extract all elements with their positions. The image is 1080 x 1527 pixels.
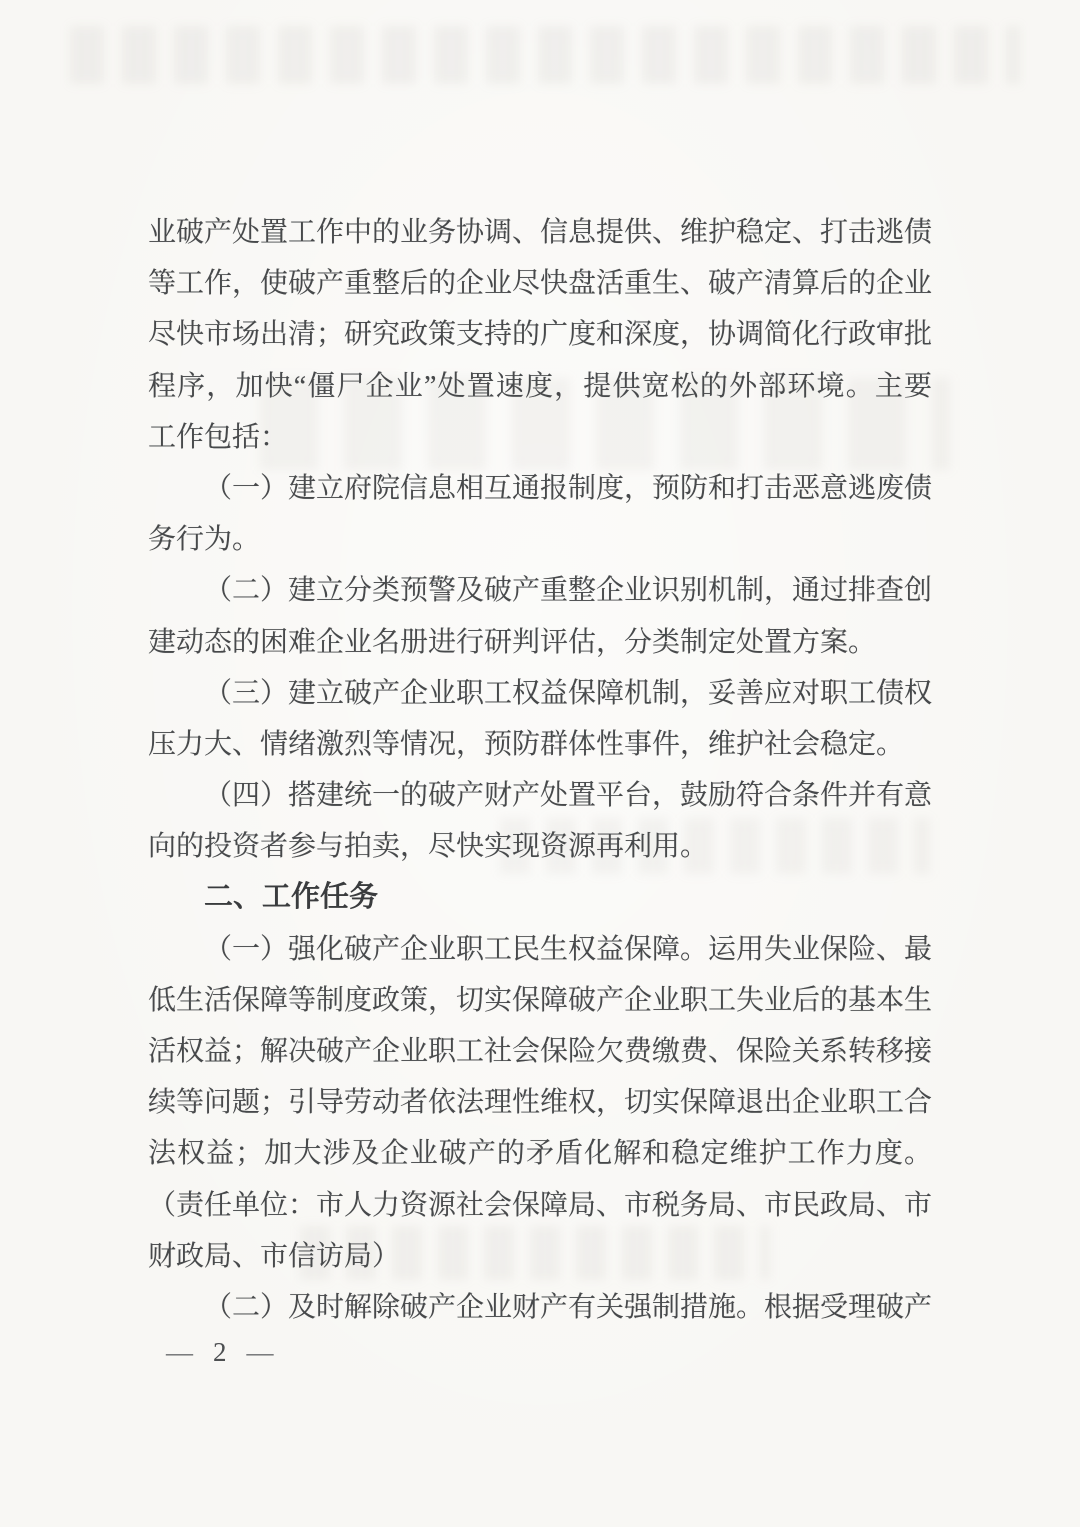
body-line: 向的投资者参与拍卖，尽快实现资源再利用。 <box>148 821 932 872</box>
body-line: 法权益；加大涉及企业破产的矛盾化解和稳定维护工作力度。 <box>148 1128 932 1179</box>
footer-dash-right: — <box>247 1330 274 1374</box>
body-line: 活权益；解决破产企业职工社会保险欠费缴费、保险关系转移接 <box>148 1026 932 1077</box>
body-line: 务行为。 <box>148 514 932 565</box>
body-line-task-1: （一）强化破产企业职工民生权益保障。运用失业保险、最 <box>148 924 932 975</box>
body-line-item-1: （一）建立府院信息相互通报制度，预防和打击恶意逃废债 <box>148 463 932 514</box>
body-line: 等工作，使破产重整后的企业尽快盘活重生、破产清算后的企业 <box>148 258 932 309</box>
body-line: 尽快市场出清；研究政策支持的广度和深度，协调简化行政审批 <box>148 309 932 360</box>
section-heading-work-tasks: 二、工作任务 <box>148 872 932 923</box>
body-line: 业破产处置工作中的业务协调、信息提供、维护稳定、打击逃债 <box>148 207 932 258</box>
body-line: 低生活保障等制度政策，切实保障破产企业职工失业后的基本生 <box>148 975 932 1026</box>
body-line: 财政局、市信访局） <box>148 1231 932 1282</box>
page-number: 2 <box>213 1330 227 1374</box>
document-page: 业破产处置工作中的业务协调、信息提供、维护稳定、打击逃债 等工作，使破产重整后的… <box>0 0 1080 1527</box>
body-line-item-2: （二）建立分类预警及破产重整企业识别机制，通过排查创 <box>148 565 932 616</box>
body-line: 工作包括： <box>148 412 932 463</box>
document-body: 业破产处置工作中的业务协调、信息提供、维护稳定、打击逃债 等工作，使破产重整后的… <box>148 0 932 1333</box>
body-line: 程序，加快“僵尸企业”处置速度，提供宽松的外部环境。主要 <box>148 361 932 412</box>
body-line-task-2: （二）及时解除破产企业财产有关强制措施。根据受理破产 <box>148 1282 932 1333</box>
body-line-responsible-units: （责任单位：市人力资源社会保障局、市税务局、市民政局、市 <box>148 1180 932 1231</box>
body-line: 建动态的困难企业名册进行研判评估，分类制定处置方案。 <box>148 617 932 668</box>
footer-dash-left: — <box>166 1330 193 1374</box>
body-line-item-4: （四）搭建统一的破产财产处置平台，鼓励符合条件并有意 <box>148 770 932 821</box>
body-line: 压力大、情绪激烈等情况，预防群体性事件，维护社会稳定。 <box>148 719 932 770</box>
page-footer: — 2 — <box>166 1330 274 1374</box>
body-line: 续等问题；引导劳动者依法理性维权，切实保障退出企业职工合 <box>148 1077 932 1128</box>
body-line-item-3: （三）建立破产企业职工权益保障机制，妥善应对职工债权 <box>148 668 932 719</box>
